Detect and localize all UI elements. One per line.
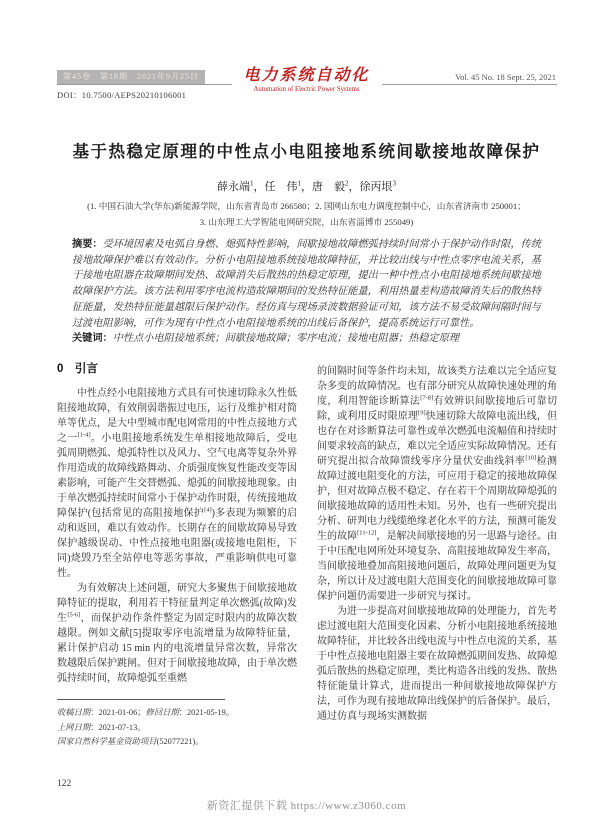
body-paragraph: 为有效解决上述问题，研究大多聚焦于间歇接地故障特征的提取，利用若干特征量判定单次… [57, 581, 297, 686]
journal-name-cn: 电力系统自动化 [243, 62, 369, 85]
page-number: 122 [57, 779, 71, 789]
body-paragraph: 中性点经小电阻接地方式具有可快速切除永久性低阻接地故障，有效削弱谐振过电压，运行… [57, 386, 297, 581]
download-watermark: 新资汇提供下载 https://www.z3060.com [0, 797, 613, 813]
footnote-online-date: 上网日期：2021-07-13。 [57, 721, 297, 736]
abstract-text: 受环境因素及电弧自身燃、熄弧特性影响，间歇接地故障燃弧持续时间常小于保护动作时限… [72, 239, 541, 329]
footnote-block: 收稿日期：2021-01-06；修回日期：2021-05-19。 上网日期：20… [57, 699, 297, 750]
keywords-label: 关键词： [72, 333, 113, 344]
article-title: 基于热稳定原理的中性点小电阻接地系统间歇接地故障保护 [30, 138, 583, 162]
journal-name-en: Automation of Electric Power Systems [243, 86, 369, 93]
affiliation-line-2: 3. 山东理工大学智能电网研究院，山东省淄博市 255049) [0, 216, 613, 228]
body-column-left: 0 引言 中性点经小电阻接地方式具有可快速切除永久性低阻接地故障，有效削弱谐振过… [57, 362, 297, 750]
abstract-block: 摘要：受环境因素及电弧自身燃、熄弧特性影响，间歇接地故障燃弧持续时间常小于保护动… [72, 237, 541, 347]
body-column-right: 的间隔时间等条件均未知，故该类方法难以完全适应复杂多变的故障情况。也有部分研究从… [317, 364, 557, 724]
section-heading-introduction: 0 引言 [57, 362, 297, 377]
footnote-received-dates: 收稿日期：2021-01-06；修回日期：2021-05-19。 [57, 706, 297, 721]
body-paragraph: 的间隔时间等条件均未知，故该类方法难以完全适应复杂多变的故障情况。也有部分研究从… [317, 364, 557, 604]
abstract-label: 摘要： [72, 239, 103, 250]
issue-info-box: 第45卷 第18期 2021年9月25日 [57, 70, 205, 84]
body-paragraph: 为进一步提高对间歇接地故障的处理能力，首先考虑过渡电阻大范围变化因素、分析小电阻… [317, 604, 557, 724]
abstract-paragraph: 摘要：受环境因素及电弧自身燃、熄弧特性影响，间歇接地故障燃弧持续时间常小于保护动… [72, 237, 541, 331]
keywords-text: 中性点小电阻接地系统；间歇接地故障；零序电流；接地电阻器；热稳定原理 [113, 333, 459, 344]
volume-info-en: Vol. 45 No. 18 Sept. 25, 2021 [455, 72, 556, 82]
keywords-line: 关键词：中性点小电阻接地系统；间歇接地故障；零序电流；接地电阻器；热稳定原理 [72, 331, 541, 347]
footnote-divider-rule [57, 699, 225, 700]
footnote-funding: 国家自然科学基金资助项目(52077221)。 [57, 735, 297, 750]
journal-logo: 电力系统自动化 Automation of Electric Power Sys… [231, 62, 381, 93]
doi-text: DOI：10.7500/AEPS20210106001 [57, 89, 186, 101]
affiliation-line-1: (1. 中国石油大学(华东)新能源学院，山东省青岛市 266580；2. 国网山… [0, 200, 613, 212]
authors-line: 薛永端1，任 伟1，唐 毅2，徐丙垠3 [0, 178, 613, 194]
journal-page: 第45卷 第18期 2021年9月25日 DOI：10.7500/AEPS202… [0, 0, 613, 825]
